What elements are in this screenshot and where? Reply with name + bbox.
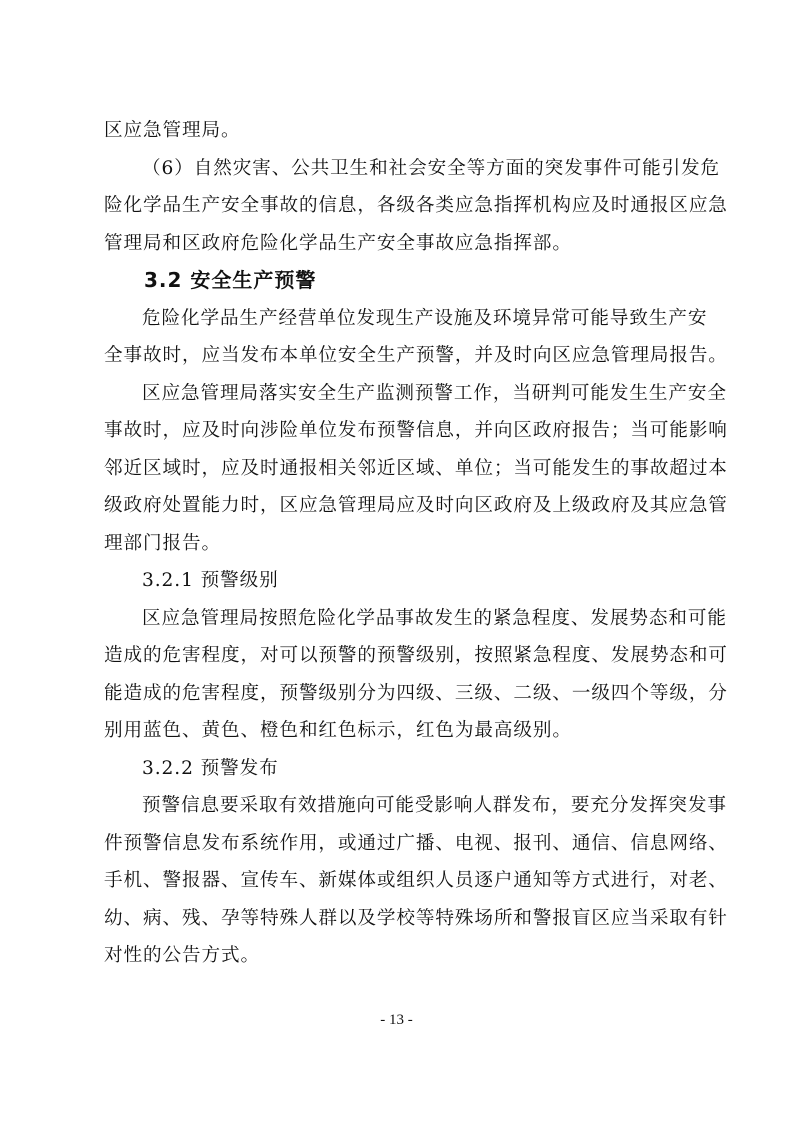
- paragraph-item-6: （6）自然灾害、公共卫生和社会安全等方面的突发事件可能引发危 险化学品生产安全事…: [104, 150, 694, 263]
- text-line: 区应急管理局。: [104, 112, 694, 150]
- text-line: 幼、病、残、孕等特殊人群以及学校等特殊场所和警报盲区应当采取有针: [104, 900, 694, 938]
- paragraph-warning-release: 预警信息要采取有效措施向可能受影响人群发布，要充分发挥突发事 件预警信息发布系统…: [104, 787, 694, 975]
- text-line: 级政府处置能力时，区应急管理局应及时向区政府及上级政府及其应急管: [104, 487, 694, 525]
- text-line: 险化学品生产安全事故的信息，各级各类应急指挥机构应及时通报区应急: [104, 187, 694, 225]
- subsection-heading-3-2-1: 3.2.1 预警级别: [104, 562, 694, 600]
- text-line: 理部门报告。: [104, 525, 694, 563]
- text-line: （6）自然灾害、公共卫生和社会安全等方面的突发事件可能引发危: [104, 150, 694, 188]
- paragraph-unit-warning: 危险化学品生产经营单位发现生产设施及环境异常可能导致生产安 全事故时，应当发布本…: [104, 300, 694, 375]
- section-heading-3-2: 3.2 安全生产预警: [104, 262, 694, 300]
- text-line: 危险化学品生产经营单位发现生产设施及环境异常可能导致生产安: [104, 300, 694, 338]
- text-line: 别用蓝色、黄色、橙色和红色标示，红色为最高级别。: [104, 712, 694, 750]
- text-line: 管理局和区政府危险化学品生产安全事故应急指挥部。: [104, 225, 694, 263]
- document-body: 区应急管理局。 （6）自然灾害、公共卫生和社会安全等方面的突发事件可能引发危 险…: [104, 112, 694, 975]
- text-line: 能造成的危害程度，预警级别分为四级、三级、二级、一级四个等级，分: [104, 675, 694, 713]
- text-line: 区应急管理局按照危险化学品事故发生的紧急程度、发展势态和可能: [104, 600, 694, 638]
- document-page: 区应急管理局。 （6）自然灾害、公共卫生和社会安全等方面的突发事件可能引发危 险…: [0, 0, 793, 1122]
- text-line: 邻近区域时，应及时通报相关邻近区域、单位；当可能发生的事故超过本: [104, 450, 694, 488]
- text-line: 造成的危害程度，对可以预警的预警级别，按照紧急程度、发展势态和可: [104, 637, 694, 675]
- text-line: 手机、警报器、宣传车、新媒体或组织人员逐户通知等方式进行，对老、: [104, 862, 694, 900]
- paragraph-bureau-monitoring: 区应急管理局落实安全生产监测预警工作，当研判可能发生生产安全 事故时，应及时向涉…: [104, 375, 694, 563]
- page-number: - 13 -: [0, 1012, 793, 1029]
- subsection-heading-3-2-2: 3.2.2 预警发布: [104, 750, 694, 788]
- text-line: 件预警信息发布系统作用，或通过广播、电视、报刊、通信、信息网络、: [104, 825, 694, 863]
- paragraph-warning-levels: 区应急管理局按照危险化学品事故发生的紧急程度、发展势态和可能 造成的危害程度，对…: [104, 600, 694, 750]
- paragraph-continuation: 区应急管理局。: [104, 112, 694, 150]
- text-line: 全事故时，应当发布本单位安全生产预警，并及时向区应急管理局报告。: [104, 337, 694, 375]
- text-line: 对性的公告方式。: [104, 937, 694, 975]
- text-line: 区应急管理局落实安全生产监测预警工作，当研判可能发生生产安全: [104, 375, 694, 413]
- text-line: 预警信息要采取有效措施向可能受影响人群发布，要充分发挥突发事: [104, 787, 694, 825]
- text-line: 事故时，应及时向涉险单位发布预警信息，并向区政府报告；当可能影响: [104, 412, 694, 450]
